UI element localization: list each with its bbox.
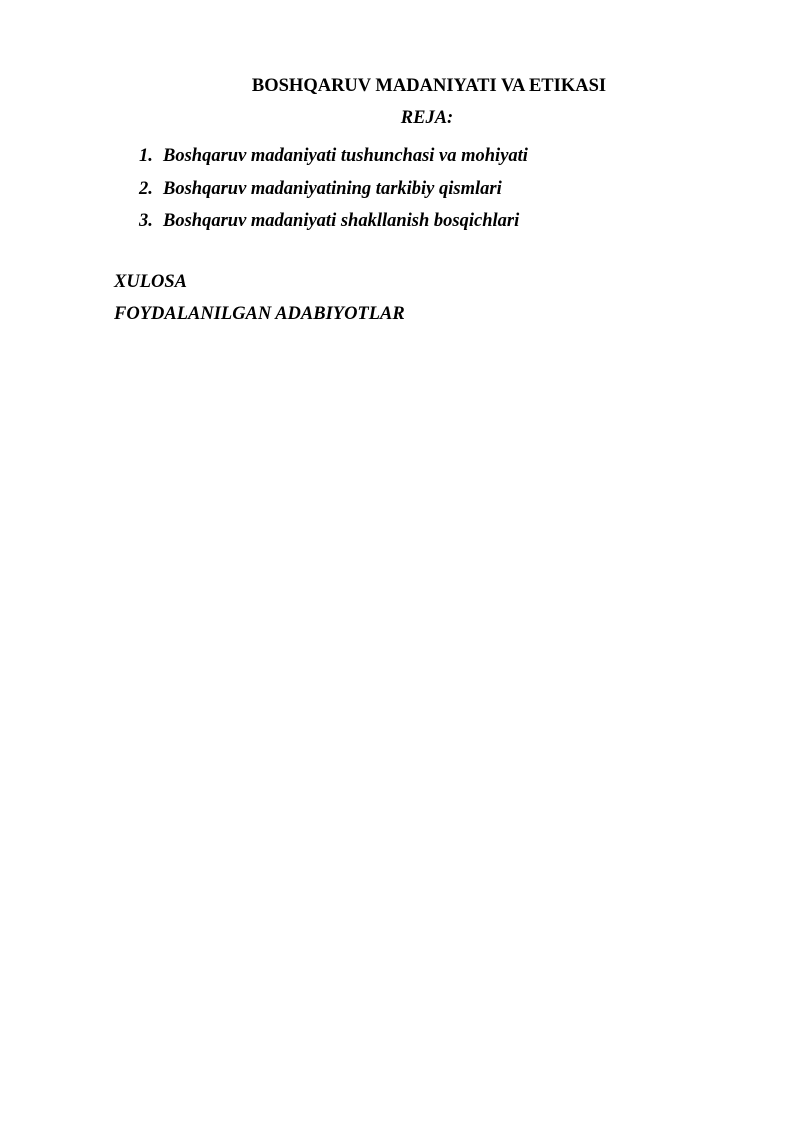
plan-item: 3. Boshqaruv madaniyati shakllanish bosq… [139, 205, 528, 238]
conclusion-heading: XULOSA [114, 270, 187, 294]
plan-item-number: 2. [139, 173, 163, 206]
plan-heading: REJA: [0, 106, 800, 130]
plan-item-number: 1. [139, 140, 163, 173]
plan-list: 1. Boshqaruv madaniyati tushunchasi va m… [139, 140, 528, 238]
plan-item: 2. Boshqaruv madaniyatining tarkibiy qis… [139, 173, 528, 206]
document-title: BOSHQARUV MADANIYATI VA ETIKASI [0, 74, 800, 98]
plan-item-text: Boshqaruv madaniyati shakllanish bosqich… [163, 205, 519, 238]
document-page: BOSHQARUV MADANIYATI VA ETIKASI REJA: 1.… [0, 0, 800, 1131]
plan-item-number: 3. [139, 205, 163, 238]
plan-item-text: Boshqaruv madaniyatining tarkibiy qismla… [163, 173, 502, 206]
plan-item: 1. Boshqaruv madaniyati tushunchasi va m… [139, 140, 528, 173]
references-heading: FOYDALANILGAN ADABIYOTLAR [114, 302, 405, 326]
plan-item-text: Boshqaruv madaniyati tushunchasi va mohi… [163, 140, 528, 173]
